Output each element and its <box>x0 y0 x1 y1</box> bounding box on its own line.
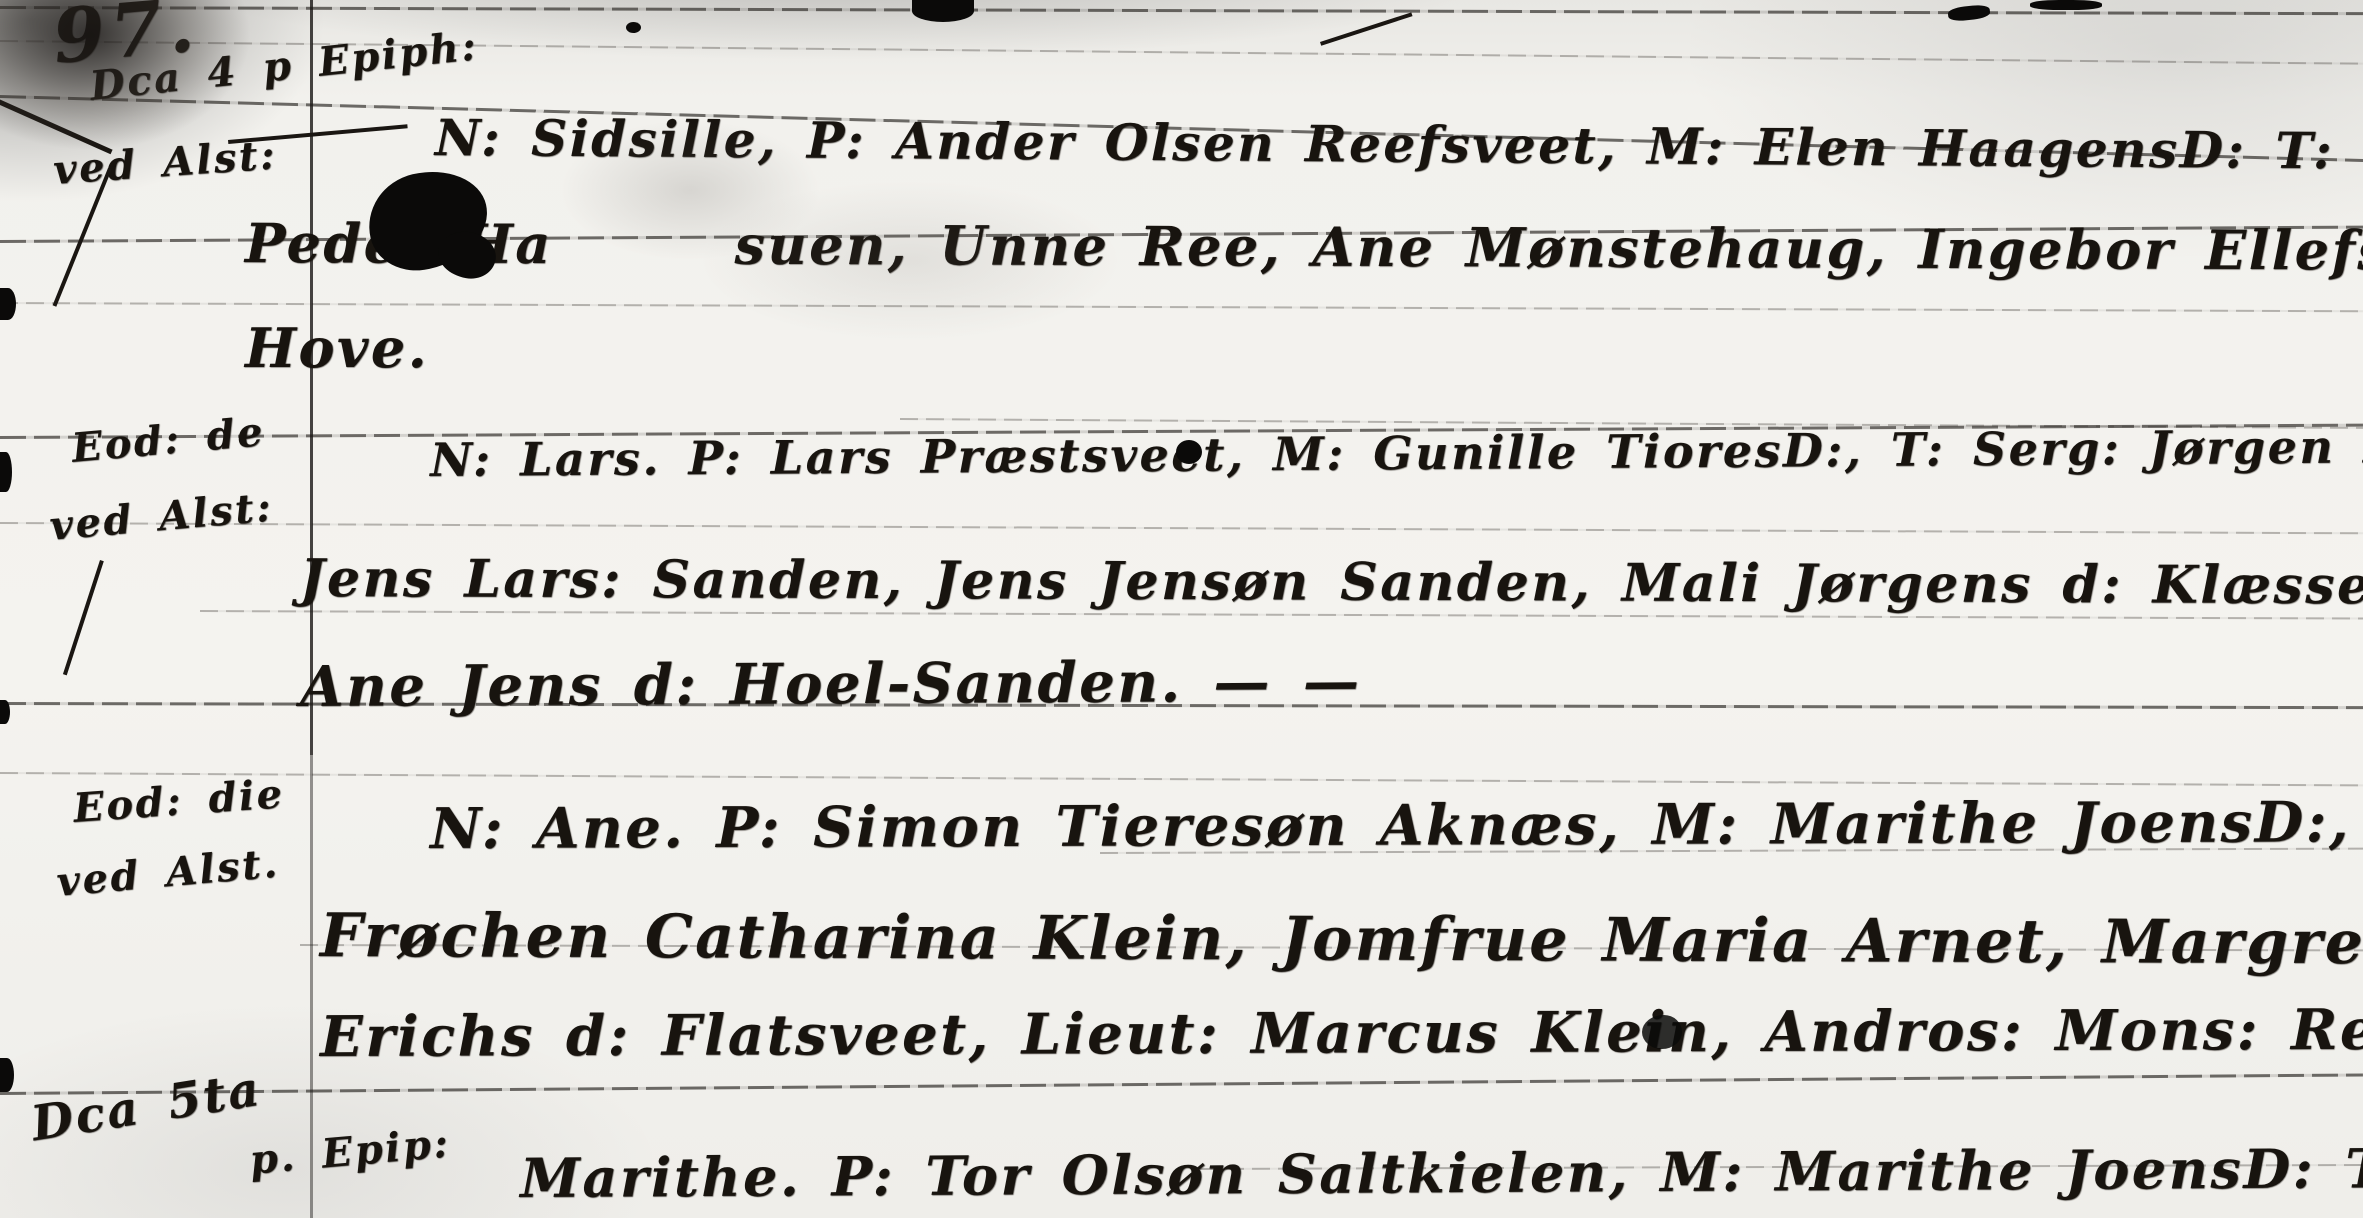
paper-smudge <box>700 180 1120 340</box>
scan-edge-mark <box>0 700 10 724</box>
record-body-line: N: Lars. P: Lars Præstsveet, M: Gunille … <box>430 421 2363 484</box>
ink-blot <box>1642 1015 1682 1049</box>
ruled-line-horizontal <box>0 302 2363 312</box>
record-body-line: Jens Lars: Sanden, Jens Jensøn Sanden, M… <box>300 552 2363 614</box>
record-body-line: Hove. <box>245 320 429 377</box>
ink-blot <box>626 22 641 33</box>
scan-edge-mark <box>0 452 12 492</box>
ruled-line-horizontal <box>0 6 2363 15</box>
scan-edge-mark <box>0 1058 14 1092</box>
ruled-line-horizontal <box>0 522 2363 534</box>
record-body-line: Peder Ha suen, Unne Ree, Ane Mønstehaug,… <box>245 215 2363 280</box>
record-margin-line: ved Alst. <box>55 843 281 904</box>
ruled-line-horizontal <box>0 1073 2363 1095</box>
record-body-line: N: Ane. P: Simon Tieresøn Aknæs, M: Mari… <box>430 793 2363 859</box>
pen-flourish <box>1320 12 1413 45</box>
ink-blot <box>1176 440 1202 464</box>
record-body-line: Ane Jens d: Hoel-Sanden. — — <box>300 652 1362 716</box>
record-body-line: Frøchen Catharina Klein, Jomfrue Maria A… <box>320 905 2363 976</box>
parish-register-scan: 97. Dca 4 p Epiph: ved Alst: N: Sidsille… <box>0 0 2363 1218</box>
corner-smudge <box>0 0 250 150</box>
ruled-line-horizontal <box>0 772 2363 786</box>
record-body-line: Marithe. P: Tor Olsøn Saltkielen, M: Mar… <box>520 1139 2363 1207</box>
record-margin-line: p. Epip: <box>248 1122 452 1181</box>
ink-blot <box>2030 0 2102 10</box>
scan-edge-mark <box>0 288 16 320</box>
ink-blot <box>1947 4 1990 22</box>
pen-flourish <box>63 560 104 675</box>
record-margin-line: Eod: de <box>70 411 267 470</box>
record-margin-line: ved Alst: <box>48 486 275 547</box>
record-body-line: Erichs d: Flatsveet, Lieut: Marcus Klein… <box>320 1001 2363 1067</box>
ink-blot <box>912 0 974 22</box>
record-margin-line: Dca 5ta <box>28 1064 265 1150</box>
record-margin-line: Eod: die <box>72 773 286 830</box>
